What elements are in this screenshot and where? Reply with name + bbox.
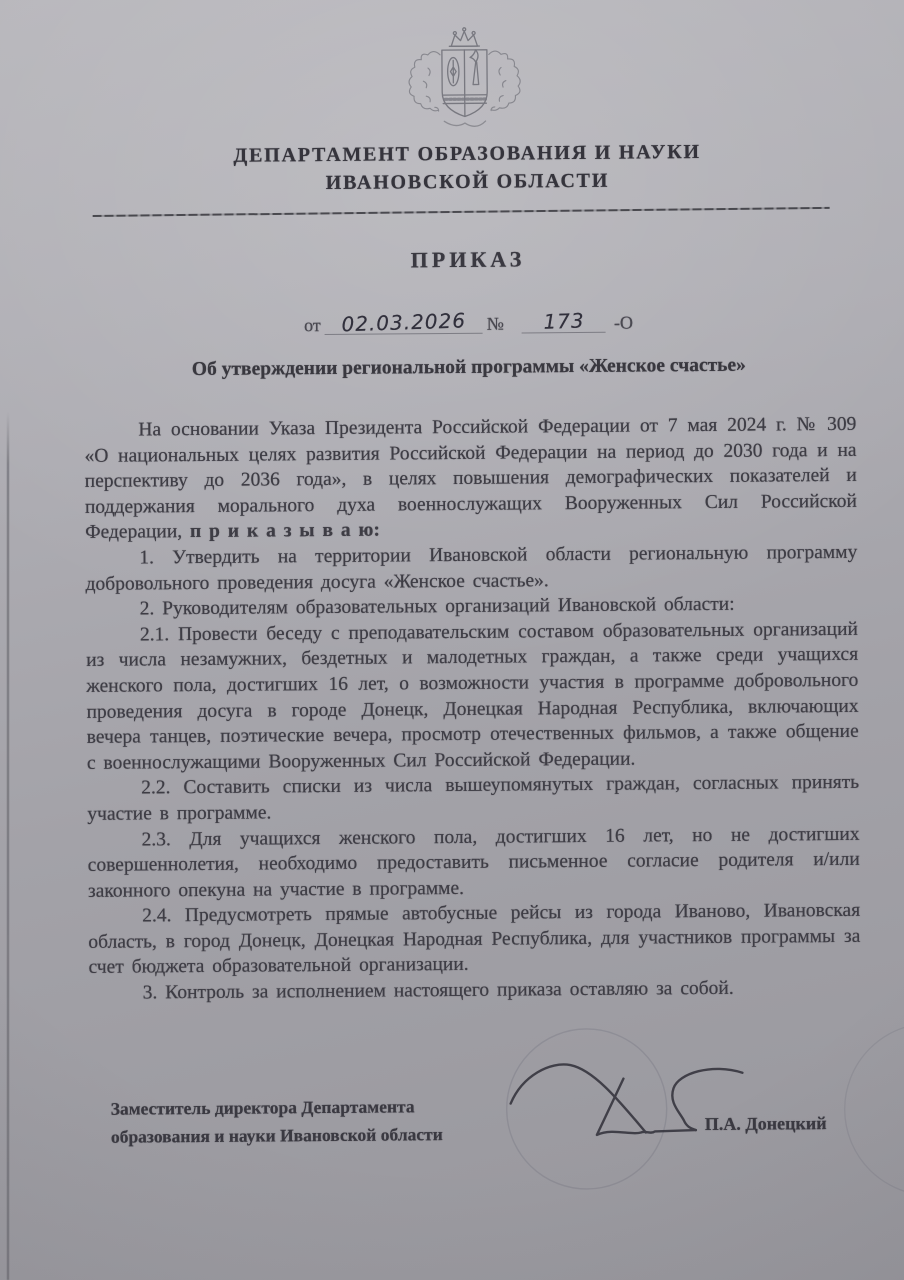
org-name: ДЕПАРТАМЕНТ ОБРАЗОВАНИЯ И НАУКИ ИВАНОВСК… xyxy=(67,137,867,199)
signatory-name: П.А. Донецкий xyxy=(705,1113,827,1135)
order-body: На основании Указа Президента Российской… xyxy=(84,412,861,1007)
signature-area xyxy=(482,1014,904,1244)
order-item-2-3: 2.3. Для учащихся женского пола, достигш… xyxy=(87,821,860,904)
coat-of-arms-icon xyxy=(389,23,540,143)
org-name-line2: ИВАНОВСКОЙ ОБЛАСТИ xyxy=(67,165,867,199)
faint-stamp-circle xyxy=(506,1028,667,1189)
intro-keyword-bold: п р и к а з ы в а ю: xyxy=(190,520,380,542)
handwritten-date: 02.03.2026 xyxy=(341,308,466,336)
date-prefix-label: от xyxy=(304,315,321,335)
order-item-2-4: 2.4. Предусмотреть прямые автобусные рей… xyxy=(88,898,861,981)
order-item-2-1: 2.1. Провести беседу с преподавательским… xyxy=(86,617,859,777)
order-item-1: 1. Утвердить на территории Ивановской об… xyxy=(85,540,857,597)
number-label: № xyxy=(487,314,504,334)
order-page: ДЕПАРТАМЕНТ ОБРАЗОВАНИЯ И НАУКИ ИВАНОВСК… xyxy=(0,0,904,1280)
document-photo: ДЕПАРТАМЕНТ ОБРАЗОВАНИЯ И НАУКИ ИВАНОВСК… xyxy=(0,0,904,1280)
order-title: Об утверждении региональной программы «Ж… xyxy=(69,354,869,382)
order-item-3: 3. Контроль за исполнением настоящего пр… xyxy=(89,975,861,1007)
number-suffix: -О xyxy=(614,313,633,333)
intro-paragraph: На основании Указа Президента Российской… xyxy=(84,412,857,546)
doc-type-heading: ПРИКАЗ xyxy=(68,244,868,276)
order-item-2-2: 2.2. Составить списки из числа вышеупомя… xyxy=(87,770,859,827)
date-underline: 02.03.2026 xyxy=(325,311,483,335)
handwritten-number: 173 xyxy=(543,308,585,333)
number-underline: 173 xyxy=(522,310,606,334)
header-divider xyxy=(93,207,830,217)
date-number-line: от02.03.2026№173-О xyxy=(68,308,868,338)
faint-stamp-circle-2 xyxy=(844,1023,904,1196)
